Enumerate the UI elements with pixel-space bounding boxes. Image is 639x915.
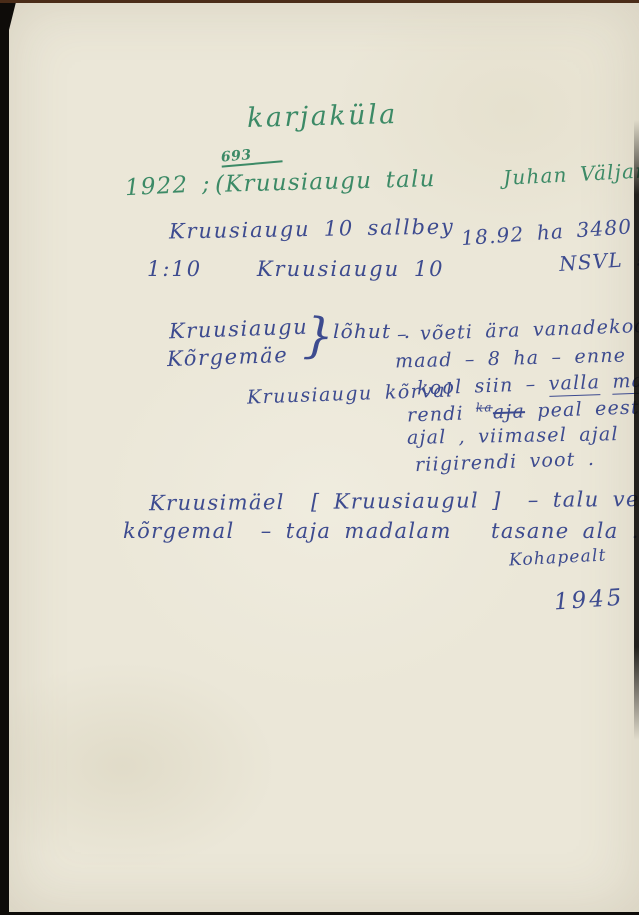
underlined-word-valla: valla	[548, 371, 600, 397]
terrain-note-line-1: Kruusimäel [ Kruusiaugul ] – talu veidi	[149, 488, 639, 516]
terrain-note-line-2: kõrgemal – taja madalam tasane ala .	[123, 520, 639, 543]
margin-note-line-3: kool siin – valla maa ,	[417, 369, 639, 399]
scale-line: 1:10 Kruusiaugu 10	[147, 258, 445, 281]
entry-year-1922: 1922 ;	[124, 172, 211, 202]
owner-name: Juhan Väljamäel	[503, 157, 639, 189]
holding-line: Kruusiaugu 10 sallbey	[169, 216, 455, 244]
struck-superscript-word: ka	[476, 400, 493, 415]
split-farm-name-1: Kruusiaugu	[169, 316, 309, 344]
margin-note-line-1: – võeti ära vanadekodu	[397, 315, 639, 345]
reference-number: 693	[220, 145, 282, 168]
margin-note-line-6: riigirendi voot .	[415, 449, 596, 476]
scan-right-edge	[634, 120, 639, 740]
source-note-kohapealt: Kohapealt	[509, 546, 608, 570]
regime-note-nsvl: NSVL !	[558, 247, 639, 275]
struck-word-aja: aja	[493, 400, 526, 423]
note-l3-text: kool siin –	[417, 373, 549, 400]
note-l4-text: rendi	[407, 402, 477, 426]
farm-name-kruusiaugu-talu: (Kruusiaugu talu	[215, 167, 436, 198]
note-card-paper: karjaküla 693 1922 ; (Kruusiaugu talu Ju…	[9, 2, 639, 912]
scan-top-edge	[0, 0, 639, 3]
margin-note-line-2: maad – 8 ha – enne oli	[395, 344, 639, 372]
split-farm-name-2: Kõrgemäe	[167, 344, 289, 371]
record-year-1945: 1945	[553, 586, 625, 616]
area-and-value: 18.92 ha 3480 p.	[460, 213, 639, 249]
note-l4-text-end: peal eesti	[525, 396, 639, 422]
grouping-brace: }	[302, 309, 336, 363]
scanned-archive-card: karjaküla 693 1922 ; (Kruusiaugu talu Ju…	[0, 0, 639, 915]
village-title: karjaküla	[247, 100, 399, 134]
margin-note-line-5: ajal , viimasel ajal	[407, 424, 619, 449]
